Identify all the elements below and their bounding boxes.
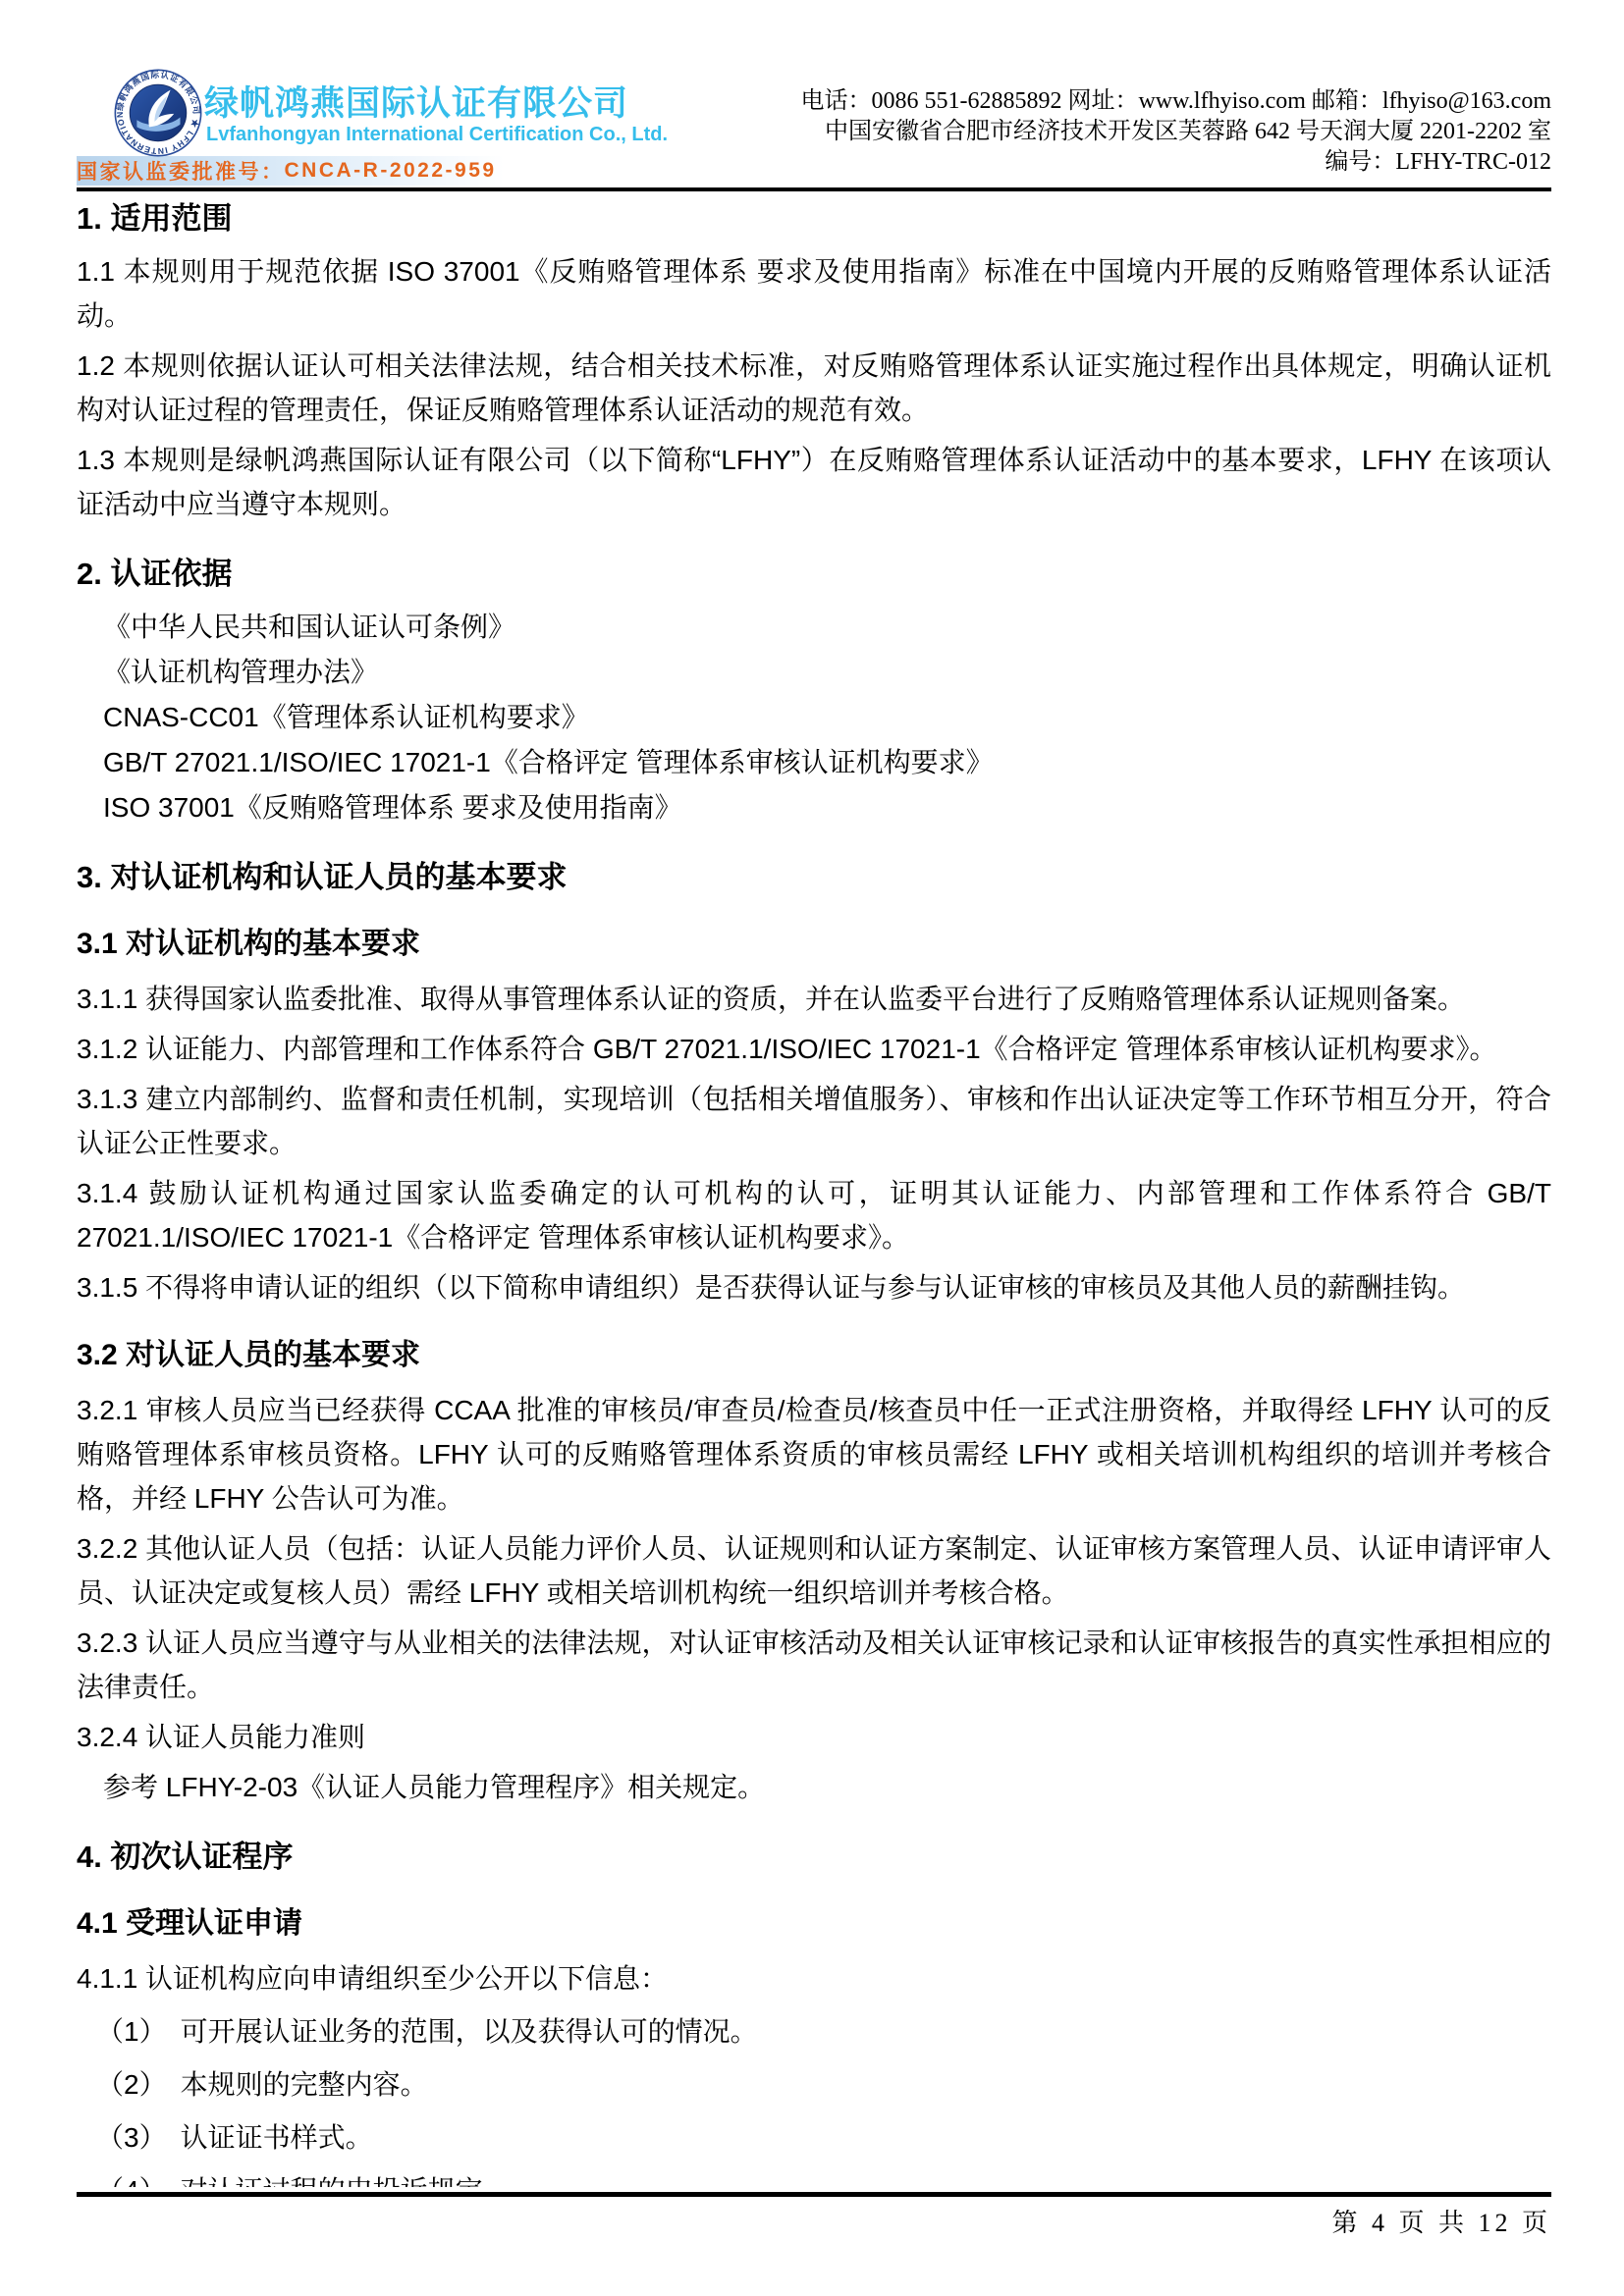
doc-subheading: 4.1 受理认证申请	[77, 1903, 1551, 1945]
doc-paragraph: 3.1.3 建立内部制约、监督和责任机制，实现培训（包括相关增值服务）、审核和作…	[77, 1077, 1551, 1165]
doc-paragraph: 3.1.1 获得国家认监委批准、取得从事管理体系认证的资质，并在认监委平台进行了…	[77, 977, 1551, 1021]
doc-heading: 3. 对认证机构和认证人员的基本要求	[77, 857, 1551, 898]
doc-paragraph: 3.2.1 审核人员应当已经获得 CCAA 批准的审核员/审查员/检查员/核查员…	[77, 1388, 1551, 1521]
doc-indent-item: ISO 37001《反贿赂管理体系 要求及使用指南》	[77, 785, 1551, 829]
doc-paragraph: 3.2.4 认证人员能力准则	[77, 1715, 1551, 1759]
contact-line: 电话：0086 551-62885892 网址：www.lfhyiso.com …	[800, 86, 1551, 117]
doc-subheading: 3.2 对认证人员的基本要求	[77, 1335, 1551, 1376]
doc-option-item: （1） 可开展认证业务的范围，以及获得认可的情况。	[77, 2009, 1551, 2054]
doc-paragraph: 3.2.2 其他认证人员（包括：认证人员能力评价人员、认证规则和认证方案制定、认…	[77, 1526, 1551, 1615]
doc-paragraph: 1.1 本规则用于规范依据 ISO 37001《反贿赂管理体系 要求及使用指南》…	[77, 249, 1551, 338]
doc-subheading: 3.1 对认证机构的基本要求	[77, 924, 1551, 965]
doc-paragraph: 1.2 本规则依据认证认可相关法律法规，结合相关技术标准，对反贿赂管理体系认证实…	[77, 344, 1551, 432]
letterhead-contact-block: 电话：0086 551-62885892 网址：www.lfhyiso.com …	[800, 86, 1551, 178]
doc-indent-item: GB/T 27021.1/ISO/IEC 17021-1《合格评定 管理体系审核…	[77, 740, 1551, 784]
doc-heading: 2. 认证依据	[77, 554, 1551, 595]
doc-paragraph: 1.3 本规则是绿帆鸿燕国际认证有限公司（以下简称“LFHY”）在反贿赂管理体系…	[77, 438, 1551, 526]
company-name-cn: 绿帆鸿燕国际认证有限公司	[204, 77, 628, 126]
doc-paragraph: 3.1.5 不得将申请认证的组织（以下简称申请组织）是否获得认证与参与认证审核的…	[77, 1265, 1551, 1309]
header-divider	[77, 187, 1551, 191]
doc-number: 编号：LFHY-TRC-012	[800, 147, 1551, 178]
doc-indent-item: 《认证机构管理办法》	[77, 650, 1551, 694]
doc-indent-item: CNAS-CC01《管理体系认证机构要求》	[77, 695, 1551, 739]
doc-option-item: （4） 对认证过程的申投诉规定。	[77, 2168, 1551, 2187]
doc-option-item: （2） 本规则的完整内容。	[77, 2062, 1551, 2107]
address-line: 中国安徽省合肥市经济技术开发区芙蓉路 642 号天润大厦 2201-2202 室	[800, 117, 1551, 147]
document-page: 绿帆鸿燕国际认证有限公司 ★ LFHY INTERNATIONAL ★ 绿帆鸿燕…	[0, 0, 1624, 2296]
doc-indent-item: 参考 LFHY-2-03《认证人员能力管理程序》相关规定。	[77, 1765, 1551, 1809]
approval-number: CNCA-R-2022-959	[285, 159, 497, 183]
document-content: 1. 适用范围1.1 本规则用于规范依据 ISO 37001《反贿赂管理体系 要…	[77, 196, 1551, 2187]
doc-paragraph: 3.1.4 鼓励认证机构通过国家认监委确定的认可机构的认可，证明其认证能力、内部…	[77, 1171, 1551, 1259]
company-logo-icon: 绿帆鸿燕国际认证有限公司 ★ LFHY INTERNATIONAL ★	[114, 69, 202, 157]
doc-paragraph: 3.1.2 认证能力、内部管理和工作体系符合 GB/T 27021.1/ISO/…	[77, 1027, 1551, 1071]
doc-heading: 1. 适用范围	[77, 198, 1551, 240]
approval-label: 国家认监委批准号：	[77, 156, 285, 186]
doc-indent-item: 《中华人民共和国认证认可条例》	[77, 605, 1551, 649]
doc-paragraph: 3.2.3 认证人员应当遵守与从业相关的法律法规，对认证审核活动及相关认证审核记…	[77, 1621, 1551, 1709]
footer-divider	[77, 2192, 1551, 2197]
doc-option-item: （3） 认证证书样式。	[77, 2115, 1551, 2160]
approval-number-bar: 国家认监委批准号：CNCA-R-2022-959	[77, 156, 505, 186]
doc-heading: 4. 初次认证程序	[77, 1837, 1551, 1878]
doc-paragraph: 4.1.1 认证机构应向申请组织至少公开以下信息：	[77, 1956, 1551, 2001]
company-name-en: Lvfanhongyan International Certification…	[206, 124, 668, 146]
page-number: 第 4 页 共 12 页	[1331, 2203, 1551, 2239]
